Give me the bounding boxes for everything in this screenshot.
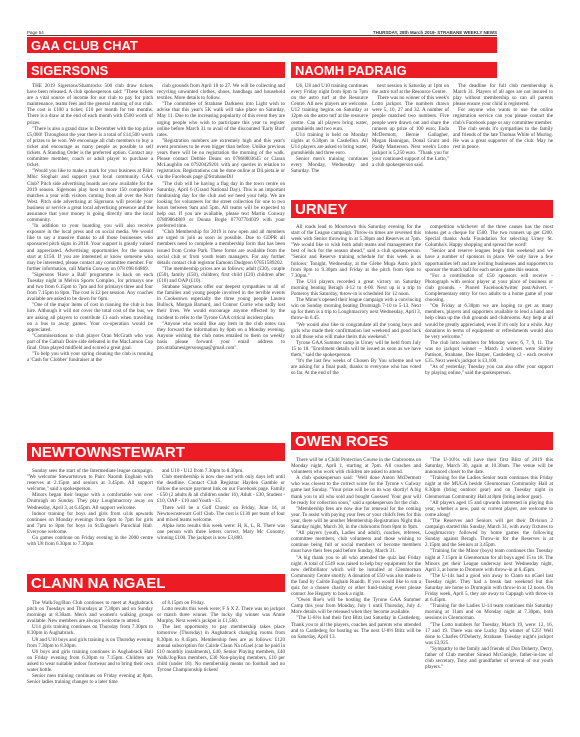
- owen-roes-heading: OWEN ROES: [291, 432, 553, 450]
- owen-roes-col1: There will be a Child Protection Course …: [291, 457, 421, 707]
- urney-heading: URNEY: [291, 200, 553, 218]
- naomh-padraig-col1: U6, U8 and U10 training continues every …: [291, 83, 368, 175]
- paragraph: "Would you like to make a mark for your …: [27, 168, 153, 223]
- paragraph: Alpha lotto results this week were: H, K…: [157, 523, 285, 541]
- paragraph: "Training for the Minor (boys) team cont…: [425, 548, 553, 572]
- owen-roes-title: OWEN ROES: [295, 434, 388, 449]
- paragraph: U8 and U10 boys and girls training is on…: [27, 637, 153, 649]
- sigersons-title: SIGERSONS: [31, 64, 108, 77]
- section-title-bar: GAA CLUB CHAT: [27, 37, 497, 53]
- paragraph: "A big thank you to all who attended the…: [291, 555, 421, 598]
- paragraph: "All players aged 15 and upwards interes…: [425, 500, 553, 518]
- paragraph: The U14 players recorded a great victory…: [291, 279, 421, 297]
- paragraph: U6, U8 and U10 training continues every …: [291, 83, 368, 132]
- paragraph: Indoor training for boys and girls from …: [27, 511, 153, 535]
- paragraph: "Training for the Ladies Senior team con…: [425, 475, 553, 499]
- clann-na-ngael-heading: CLANN NA NGAEL: [27, 574, 285, 592]
- naomh-padraig-title: NAOMH PADRAIG: [295, 64, 407, 77]
- paragraph: "Anyone who would like any item in the c…: [157, 321, 285, 351]
- paragraph: There will be a Child Protection Course …: [291, 457, 421, 475]
- naomh-padraig-heading: NAOMH PADRAIG: [291, 62, 497, 78]
- paragraph: Minors began their league with a comfort…: [27, 492, 153, 510]
- paragraph: "Club Membership for 2019 is now open an…: [157, 229, 285, 266]
- paragraph: "The U-14s had a good win away to Clann …: [425, 573, 553, 603]
- paragraph: "It's the last few weeks of Chosen By Yo…: [291, 358, 421, 376]
- paragraph: There was no winner of this week's Lotto…: [372, 95, 449, 168]
- paragraph: "The club will be having a flag day in t…: [157, 181, 285, 230]
- paragraph: "The U-10½s will have their first Blitz …: [425, 457, 553, 475]
- paragraph: "All players (youth, Ladies and adult), …: [291, 530, 421, 554]
- paragraph: "One of the major items of cost in runni…: [27, 302, 153, 332]
- paragraph: "Sympathy to the family and friends of D…: [425, 646, 553, 670]
- newtownstewart-title: NEWTOWNSTEWART: [31, 445, 185, 460]
- urney-col1: All roads lead to Moortown this Saturday…: [291, 224, 421, 421]
- paragraph: "Senior and reserve leagues begin this w…: [425, 248, 553, 272]
- paragraph: "In addition to your hoarding you will a…: [27, 223, 153, 272]
- paragraph: "Owen Roe's will be hosting the Tyrone G…: [291, 597, 421, 615]
- paragraph: "Membership fees are now due for renewal…: [291, 506, 421, 530]
- paragraph: Go games continue on Friday evening in t…: [27, 535, 153, 547]
- paragraph: Strabane Sigersons offer our deepest sym…: [157, 284, 285, 321]
- paragraph: "The Reserves and Seniors will get their…: [425, 518, 553, 548]
- paragraph: Lotto results this week were; F S X Z. T…: [157, 606, 285, 624]
- sigersons-col2: club grounds from April 18 to 27. We wil…: [157, 83, 285, 385]
- paragraph: THE 2019 Sigersons/Shamrocks 500 club dr…: [27, 83, 153, 126]
- page-header: Page 54 THURSDAY, 28th March 2019- STRAB…: [27, 28, 497, 36]
- dateline: THURSDAY, 28th March 2019- STRABANE WEEK…: [373, 30, 497, 35]
- paragraph: All roads lead to Moortown this Saturday…: [291, 224, 421, 279]
- paragraph: There will be a Golf Classic on Friday, …: [157, 505, 285, 523]
- paragraph: The Walk/Jog/Run Club continues to meet …: [27, 600, 153, 624]
- paragraph: Sunday sees the start of the Intermediat…: [27, 468, 153, 492]
- paragraph: "The membership prices are as follows; a…: [157, 266, 285, 284]
- newtownstewart-col2: and U10 - U12 from 7.30pm to 8.30pm. Clu…: [157, 468, 285, 560]
- paragraph: "There is also a grand draw in December …: [27, 126, 153, 169]
- paragraph: Senior men training continues on Friday …: [27, 673, 153, 685]
- urney-col2: competition whichever of the three cause…: [425, 224, 553, 421]
- urney-title: URNEY: [295, 202, 348, 217]
- paragraph: "We would also like to congratulate all …: [291, 322, 421, 340]
- paragraph: Tyrone GAA Summer camp in Urney will be …: [291, 340, 421, 358]
- clann-na-ngael-title: CLANN NA NGAEL: [31, 576, 165, 591]
- paragraph: U14 girls training continues on Thursday…: [27, 624, 153, 636]
- page-number: Page 54: [27, 30, 44, 35]
- paragraph: A club spokesperson said: "Well done Ant…: [291, 475, 421, 505]
- paragraph: "As of yesterday, Tuesday you can also o…: [425, 364, 553, 376]
- paragraph: next session is Saturday at 1pm on the a…: [372, 83, 449, 95]
- paragraph: The Minor's opened their league campaign…: [291, 297, 421, 321]
- paragraph: The deadline for full club membership is…: [453, 83, 553, 107]
- paragraph: club grounds from April 18 to 27. We wil…: [157, 83, 285, 101]
- paragraph: For anyone who wants to use the online r…: [453, 107, 553, 125]
- clann-na-ngael-col2: of 8.15pm on Friday. Lotto results this …: [157, 600, 285, 710]
- paragraph: U14 training is held on Monday nights at…: [291, 132, 368, 156]
- paragraph: Senior men's training continues every Mo…: [291, 156, 368, 174]
- newtownstewart-col1: Sunday sees the start of the Intermediat…: [27, 468, 153, 560]
- paragraph: The last opportunity to pay membership t…: [157, 624, 285, 673]
- paragraph: "Sigersons 'Have a Ball' programme is ba…: [27, 272, 153, 302]
- clann-na-ngael-col1: The Walk/Jog/Run Club continues to meet …: [27, 600, 153, 710]
- naomh-padraig-col3: The deadline for full club membership is…: [453, 83, 553, 175]
- paragraph: U6 boys and girls training continues in …: [27, 649, 153, 673]
- paragraph: The club sends it's sympathies to the fa…: [453, 126, 553, 150]
- newtownstewart-heading: NEWTOWNSTEWART: [27, 443, 285, 461]
- paragraph: "For a contribution of £50 sponsors will…: [425, 273, 553, 303]
- section-title: GAA CLUB CHAT: [31, 39, 138, 52]
- paragraph: "On Friday at 6.30pm we are hoping to ge…: [425, 303, 553, 340]
- paragraph: competition whichever of the three cause…: [425, 224, 553, 248]
- paragraph: "Commiserations to club player Oran McGr…: [27, 333, 153, 351]
- naomh-padraig-col2: next session is Saturday at 1pm on the a…: [372, 83, 449, 175]
- paragraph: "The committee of Strabane Darkness into…: [157, 101, 285, 138]
- owen-roes-col2: "The U-10½s will have their first Blitz …: [425, 457, 553, 707]
- paragraph: "To help you with your spring cleaning t…: [27, 351, 153, 363]
- paragraph: "The Lotto numbers for Tuesday, March 19…: [425, 622, 553, 646]
- paragraph: Club membership is now due and with only…: [157, 474, 285, 504]
- paragraph: "Training for the Ladies U-14 team conti…: [425, 603, 553, 621]
- sigersons-col1: THE 2019 Sigersons/Shamrocks 500 club dr…: [27, 83, 153, 385]
- paragraph: "The U-8½s had their first Blitz last Sa…: [291, 615, 421, 639]
- paragraph: "Registration numbers are extremely high…: [157, 138, 285, 181]
- paragraph: The club lotto numbers for Monday were; …: [425, 340, 553, 364]
- sigersons-heading: SIGERSONS: [27, 62, 285, 78]
